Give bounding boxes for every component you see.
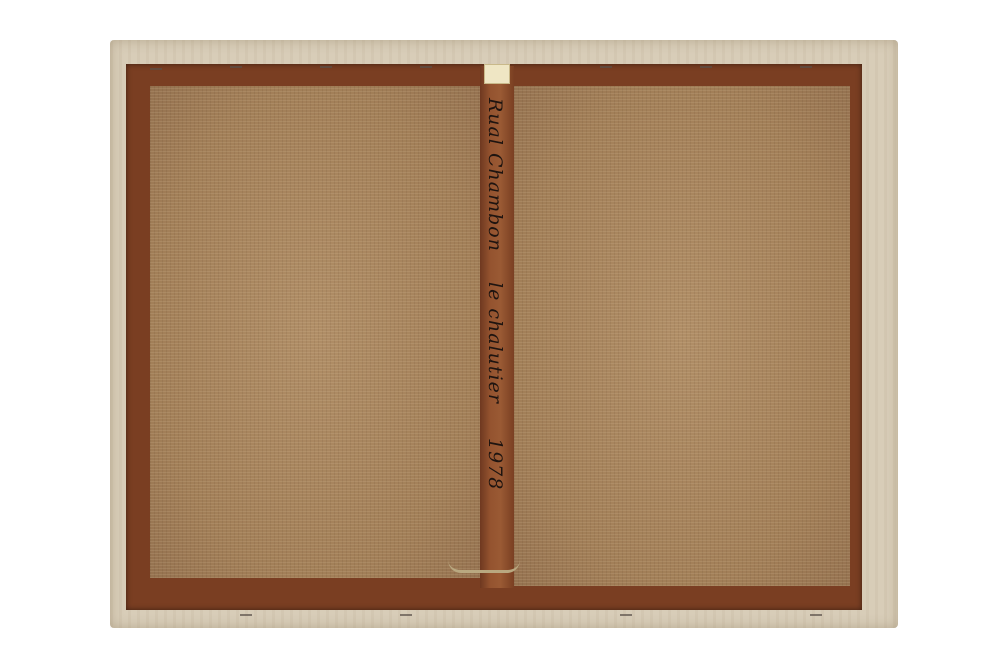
artist-inscription: Rual Chambon (484, 98, 506, 252)
staple (620, 614, 632, 616)
staple (700, 66, 712, 68)
hanging-string (448, 560, 520, 573)
staple (320, 66, 332, 68)
title-inscription: le chalutier (484, 282, 506, 404)
linen-back-right (514, 86, 850, 586)
linen-back-left (150, 86, 480, 578)
paper-label (484, 64, 510, 84)
staple (800, 66, 812, 68)
staple (600, 66, 612, 68)
staple (230, 66, 242, 68)
staple (240, 614, 252, 616)
staple (150, 68, 162, 70)
year-inscription: 1978 (484, 438, 506, 490)
staple (810, 614, 822, 616)
staple (400, 614, 412, 616)
staple (420, 66, 432, 68)
